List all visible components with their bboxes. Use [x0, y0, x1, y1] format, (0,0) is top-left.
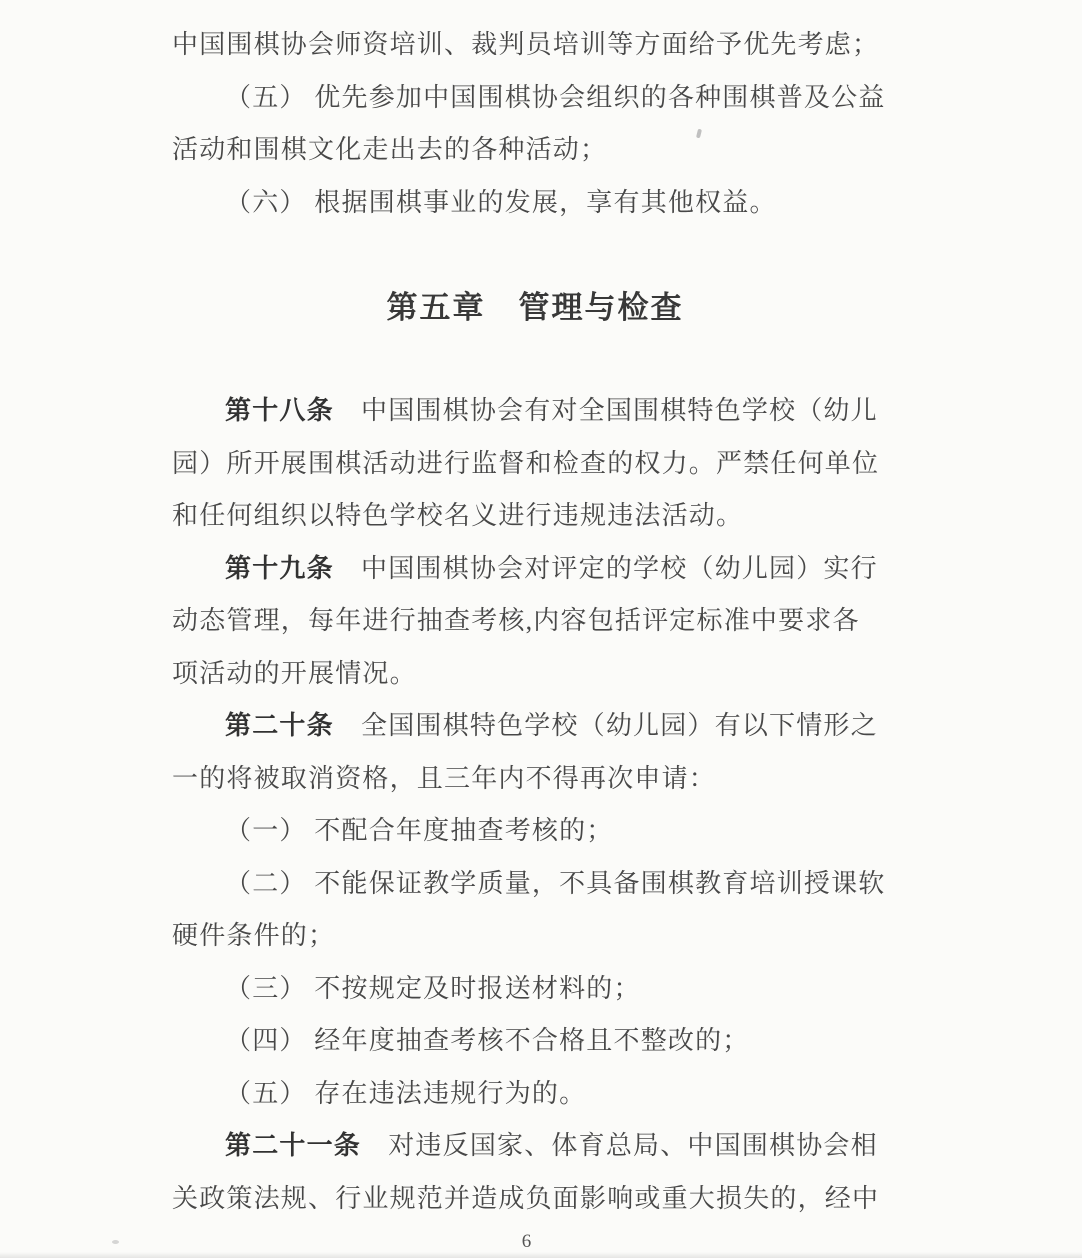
article-number: 第十九条	[225, 554, 334, 583]
text-segment: （三） 不按规定及时报送材料的；	[225, 974, 641, 1003]
text-line: 第二十一条 对违反国家、体育总局、中国围棋协会相	[172, 1120, 924, 1173]
text-line: 活动和围棋文化走出去的各种活动；	[172, 124, 924, 177]
text-line: 项活动的开展情况。	[172, 648, 924, 701]
text-line: 第十九条 中国围棋协会对评定的学校（幼儿园）实行	[172, 543, 924, 596]
text-line: 硬件条件的；	[172, 910, 924, 963]
text-segment: 项活动的开展情况。	[172, 659, 417, 688]
scan-speck	[112, 1240, 119, 1244]
chapter-heading: 第五章 管理与检查	[172, 282, 898, 334]
text-segment: （五） 存在违法违规行为的。	[225, 1079, 586, 1108]
page-number: 6	[0, 1231, 1054, 1253]
text-line: 园）所开展围棋活动进行监督和检查的权力。严禁任何单位	[172, 438, 924, 491]
text-segment: （四） 经年度抽查考核不合格且不整改的；	[225, 1026, 750, 1055]
text-segment: 一的将被取消资格，且三年内不得再次申请：	[172, 764, 716, 793]
scan-edge-shadow	[0, 1252, 1082, 1258]
text-line: （三） 不按规定及时报送材料的；	[172, 963, 924, 1016]
text-line: （一） 不配合年度抽查考核的；	[172, 805, 924, 858]
text-segment: 动态管理，每年进行抽查考核,内容包括评定标准中要求各	[172, 606, 860, 635]
text-segment: 关政策法规、行业规范并造成负面影响或重大损失的，经中	[172, 1184, 879, 1213]
text-line: 中国围棋协会师资培训、裁判员培训等方面给予优先考虑；	[172, 19, 924, 72]
text-segment: （二） 不能保证教学质量，不具备围棋教育培训授课软	[225, 869, 886, 898]
text-line: （四） 经年度抽查考核不合格且不整改的；	[172, 1015, 924, 1068]
text-segment: 对违反国家、体育总局、中国围棋协会相	[361, 1131, 878, 1160]
text-segment: （六） 根据围棋事业的发展，享有其他权益。	[225, 188, 777, 217]
text-line: 一的将被取消资格，且三年内不得再次申请：	[172, 753, 924, 806]
text-segment: 和任何组织以特色学校名义进行违规违法活动。	[172, 501, 743, 530]
text-segment: （五） 优先参加中国围棋协会组织的各种围棋普及公益	[225, 83, 886, 112]
text-line: （二） 不能保证教学质量，不具备围棋教育培训授课软	[172, 858, 924, 911]
text-line: 第十八条 中国围棋协会有对全国围棋特色学校（幼儿	[172, 385, 924, 438]
document-page: 中国围棋协会师资培训、裁判员培训等方面给予优先考虑；（五） 优先参加中国围棋协会…	[0, 0, 1082, 1258]
article-number: 第二十一条	[225, 1131, 361, 1160]
text-segment: （一） 不配合年度抽查考核的；	[225, 816, 614, 845]
text-line: （五） 优先参加中国围棋协会组织的各种围棋普及公益	[172, 72, 924, 125]
text-line: （五） 存在违法违规行为的。	[172, 1068, 924, 1121]
text-segment: 中国围棋协会师资培训、裁判员培训等方面给予优先考虑；	[172, 30, 879, 59]
text-segment: 全国围棋特色学校（幼儿园）有以下情形之	[334, 711, 878, 740]
text-segment: 硬件条件的；	[172, 921, 335, 950]
text-line: 动态管理，每年进行抽查考核,内容包括评定标准中要求各	[172, 595, 924, 648]
article-number: 第二十条	[225, 711, 334, 740]
text-segment: 活动和围棋文化走出去的各种活动；	[172, 135, 607, 164]
text-segment: 园）所开展围棋活动进行监督和检查的权力。严禁任何单位	[172, 449, 879, 478]
text-line: 第二十条 全国围棋特色学校（幼儿园）有以下情形之	[172, 700, 924, 753]
text-line: （六） 根据围棋事业的发展，享有其他权益。	[172, 177, 924, 230]
text-line: 和任何组织以特色学校名义进行违规违法活动。	[172, 490, 924, 543]
document-body: 中国围棋协会师资培训、裁判员培训等方面给予优先考虑；（五） 优先参加中国围棋协会…	[172, 19, 924, 1225]
text-line: 关政策法规、行业规范并造成负面影响或重大损失的，经中	[172, 1173, 924, 1226]
article-number: 第十八条	[225, 396, 334, 425]
text-segment: 中国围棋协会有对全国围棋特色学校（幼儿	[334, 396, 878, 425]
text-segment: 中国围棋协会对评定的学校（幼儿园）实行	[334, 554, 878, 583]
